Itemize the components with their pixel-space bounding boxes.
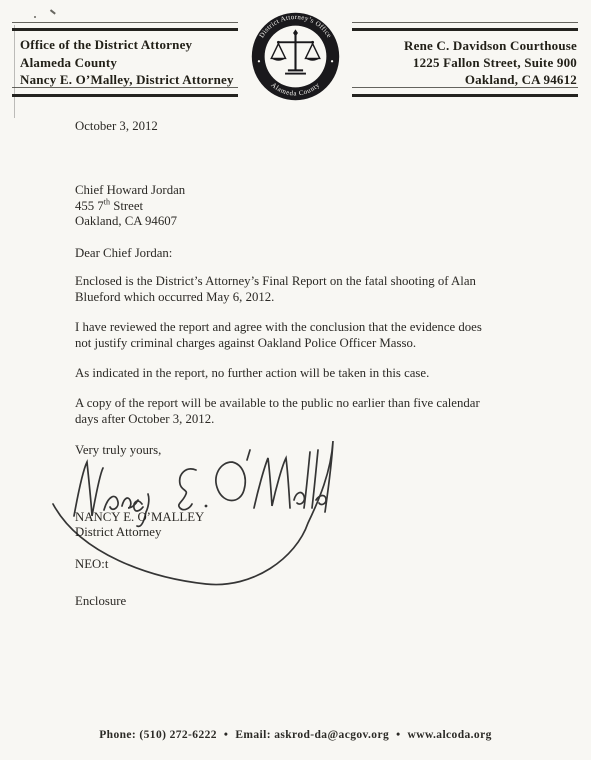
letterhead-rule bbox=[12, 28, 238, 31]
courthouse-name: Rene C. Davidson Courthouse bbox=[337, 37, 577, 54]
street-address: 1225 Fallon Street, Suite 900 bbox=[337, 54, 577, 71]
letterhead-rule bbox=[352, 22, 578, 23]
scan-artifact-tick bbox=[50, 9, 56, 14]
recipient-street: 455 7th Street bbox=[75, 199, 185, 215]
letterhead-right: Rene C. Davidson Courthouse 1225 Fallon … bbox=[337, 37, 577, 88]
body-paragraph-3: As indicated in the report, no further a… bbox=[75, 366, 580, 382]
signer-title: District Attorney bbox=[75, 525, 161, 540]
scanned-letter-page: Office of the District Attorney Alameda … bbox=[0, 0, 591, 760]
letter-date: October 3, 2012 bbox=[75, 119, 158, 134]
office-name: Office of the District Attorney bbox=[20, 36, 250, 54]
county-name: Alameda County bbox=[20, 54, 250, 72]
letterhead-rule bbox=[352, 94, 578, 97]
letterhead-left: Office of the District Attorney Alameda … bbox=[20, 36, 250, 89]
salutation: Dear Chief Jordan: bbox=[75, 246, 172, 261]
recipient-address-block: Chief Howard Jordan 455 7th Street Oakla… bbox=[75, 183, 185, 230]
letterhead-rule bbox=[352, 28, 578, 31]
footer-email: Email: askrod-da@acgov.org bbox=[235, 729, 389, 741]
scan-artifact-line bbox=[14, 25, 15, 118]
recipient-name: Chief Howard Jordan bbox=[75, 183, 185, 199]
footer-separator: • bbox=[224, 729, 228, 741]
typist-initials: NEO:t bbox=[75, 557, 108, 572]
da-office-seal: District Attorney’s Office Alameda Count… bbox=[248, 9, 343, 104]
closing: Very truly yours, bbox=[75, 443, 161, 458]
city-state-zip: Oakland, CA 94612 bbox=[337, 71, 577, 88]
seal-star-left bbox=[258, 60, 260, 62]
seal-star-right bbox=[331, 60, 333, 62]
enclosure-notation: Enclosure bbox=[75, 594, 126, 609]
body-paragraph-2: I have reviewed the report and agree wit… bbox=[75, 320, 580, 351]
recipient-city: Oakland, CA 94607 bbox=[75, 214, 185, 230]
scan-artifact-dot bbox=[34, 16, 36, 18]
body-paragraph-1: Enclosed is the District’s Attorney’s Fi… bbox=[75, 274, 580, 305]
body-paragraph-4: A copy of the report will be available t… bbox=[75, 396, 580, 427]
footer-separator: • bbox=[396, 729, 400, 741]
signer-name: NANCY E. O’MALLEY bbox=[75, 510, 204, 525]
da-name-line: Nancy E. O’Malley, District Attorney bbox=[20, 71, 250, 89]
letterhead-rule bbox=[12, 94, 238, 97]
letterhead-rule bbox=[12, 22, 238, 23]
footer-phone: Phone: (510) 272-6222 bbox=[99, 729, 217, 741]
footer-website: www.alcoda.org bbox=[408, 729, 492, 741]
footer-contact-line: Phone: (510) 272-6222•Email: askrod-da@a… bbox=[0, 729, 591, 741]
